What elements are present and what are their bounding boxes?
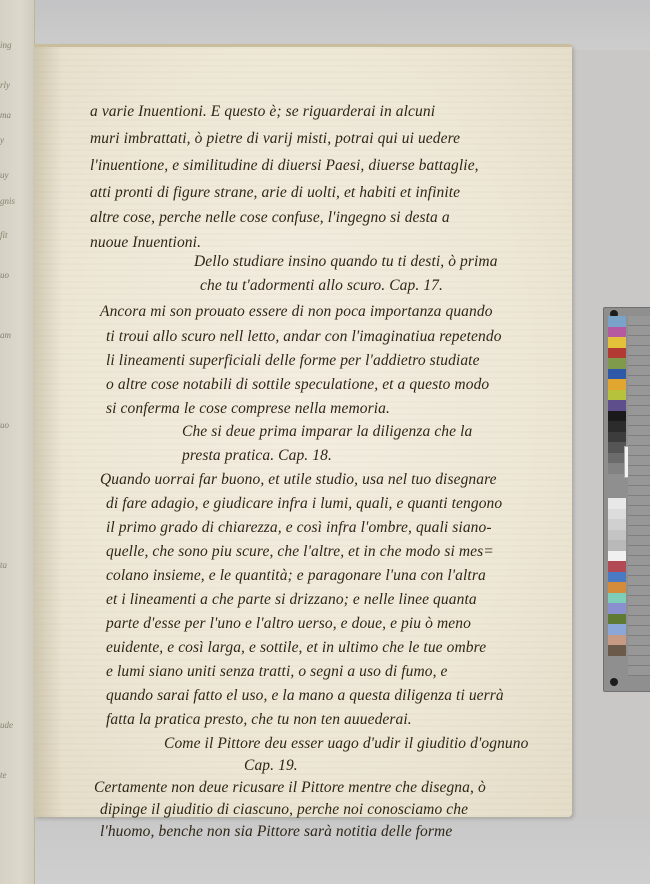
text-line: colano insieme, e le quantità; e paragon…: [106, 567, 486, 585]
color-swatch: [608, 582, 626, 593]
previous-leaf-edge: ing rly ma y uy gnis fit uo am uo ta ude…: [0, 0, 35, 884]
target-registration-dot: [610, 678, 618, 686]
leaf-fragment: y: [0, 135, 30, 146]
text-line: di fare adagio, e giudicare infra i lumi…: [106, 495, 502, 513]
scanner-background-top: [0, 0, 650, 50]
leaf-fragment: uo: [0, 420, 30, 431]
chapter-19-heading: Come il Pittore deu esser uago d'udir il…: [164, 735, 528, 753]
leaf-fragment: rly: [0, 80, 30, 91]
text-line: euidente, e così larga, e sottile, et in…: [106, 639, 486, 657]
chapter-18-heading: Che si deue prima imparar la diligenza c…: [182, 423, 472, 441]
color-swatch: [608, 432, 626, 443]
text-line: li lineamenti superficiali delle forme p…: [106, 352, 480, 370]
color-swatch: [608, 498, 626, 509]
text-line: Ancora mi son prouato essere di non poca…: [100, 303, 493, 321]
color-swatch: [608, 530, 626, 541]
color-swatch: [608, 540, 626, 551]
color-swatch: [608, 400, 626, 411]
text-line: o altre cose notabili di sottile specula…: [106, 376, 489, 394]
color-swatch: [608, 593, 626, 604]
color-swatch: [608, 509, 626, 520]
color-swatch: [608, 411, 626, 422]
text-line: Certamente non deue ricusare il Pittore …: [94, 779, 486, 797]
color-swatch: [608, 551, 626, 562]
color-swatch: [608, 624, 626, 635]
color-swatch: [608, 348, 626, 359]
text-line: il primo grado di chiarezza, e così infr…: [106, 519, 492, 537]
color-swatch: [608, 645, 626, 656]
leaf-fragment: am: [0, 330, 30, 341]
color-swatch: [608, 337, 626, 348]
text-line: l'huomo, benche non sia Pittore sarà not…: [100, 823, 452, 841]
text-line: dipinge il giuditio di ciascuno, perche …: [100, 801, 468, 819]
chapter-17-heading: che tu t'adormenti allo scuro. Cap. 17.: [200, 277, 443, 295]
text-line: atti pronti di figure strane, arie di uo…: [90, 184, 460, 202]
leaf-fragment: fit: [0, 230, 30, 241]
leaf-fragment: ta: [0, 560, 30, 571]
leaf-fragment: uo: [0, 270, 30, 281]
text-line: quelle, che sono piu scure, che l'altre,…: [106, 543, 494, 561]
chapter-17-heading: Dello studiare insino quando tu ti desti…: [194, 253, 498, 271]
leaf-fragment: uy: [0, 170, 30, 181]
text-line: altre cose, perche nelle cose confuse, l…: [90, 209, 450, 227]
chapter-18-heading: presta pratica. Cap. 18.: [182, 447, 332, 465]
text-line: muri imbrattati, ò pietre di varij misti…: [90, 130, 460, 148]
leaf-fragment: ing: [0, 40, 30, 51]
color-calibration-target: [603, 307, 650, 692]
color-swatch: [608, 614, 626, 625]
text-line: e lumi siano uniti senza tratti, o segni…: [106, 663, 448, 681]
text-line: parte d'esse per l'uno e l'altro uerso, …: [106, 615, 471, 633]
manuscript-page: a varie Inuentioni. E questo è; se rigua…: [34, 44, 572, 817]
manuscript-text: a varie Inuentioni. E questo è; se rigua…: [34, 47, 572, 817]
text-line: nuoue Inuentioni.: [90, 234, 201, 252]
leaf-fragment: ma: [0, 110, 30, 121]
leaf-fragment: te: [0, 770, 30, 781]
text-line: Quando uorrai far buono, et utile studio…: [100, 471, 497, 489]
color-swatch: [608, 327, 626, 338]
text-line: quando sarai fatto el uso, e la mano a q…: [106, 687, 504, 705]
color-swatch: [608, 358, 626, 369]
color-swatch-strip-bottom: [608, 498, 626, 656]
color-swatch: [608, 635, 626, 646]
color-swatch: [608, 603, 626, 614]
swatch-label-column: [628, 316, 650, 676]
chapter-19-heading: Cap. 19.: [244, 757, 298, 775]
color-swatch: [608, 519, 626, 530]
color-swatch: [608, 379, 626, 390]
color-swatch: [608, 421, 626, 432]
color-swatch: [608, 561, 626, 572]
color-swatch: [608, 390, 626, 401]
text-line: a varie Inuentioni. E questo è; se rigua…: [90, 103, 435, 121]
text-line: ti troui allo scuro nell letto, andar co…: [106, 328, 502, 346]
color-swatch: [608, 369, 626, 380]
leaf-fragment: gnis: [0, 196, 30, 207]
text-line: et i lineamenti a che parte si drizzano;…: [106, 591, 477, 609]
color-swatch: [608, 316, 626, 327]
text-line: fatta la pratica presto, che tu non ten …: [106, 711, 412, 729]
color-swatch: [608, 572, 626, 583]
leaf-fragment: ude: [0, 720, 30, 731]
text-line: l'inuentione, e similitudine di diuersi …: [90, 157, 479, 175]
text-line: si conferma le cose comprese nella memor…: [106, 400, 390, 418]
